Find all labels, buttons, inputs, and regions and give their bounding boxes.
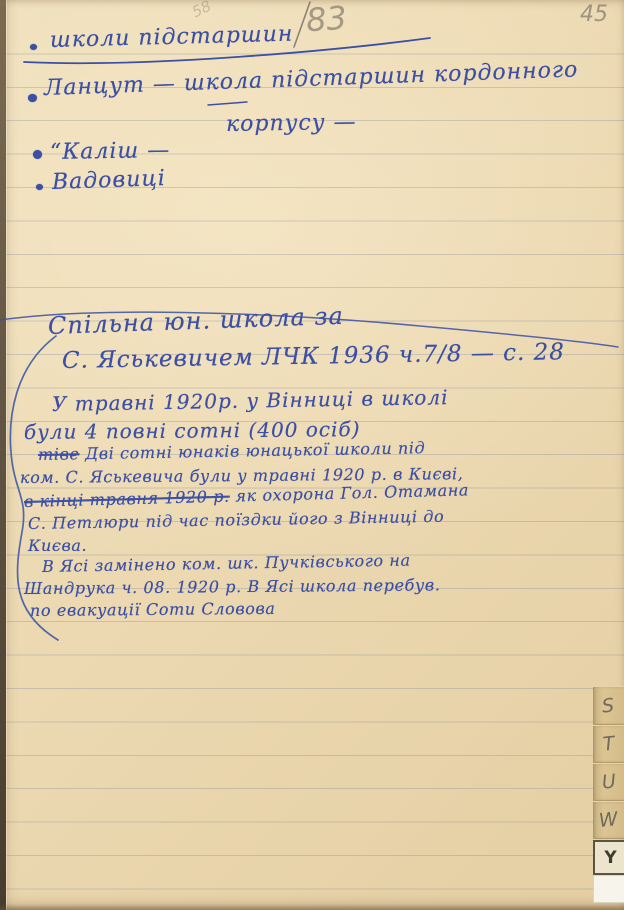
index-tab-y-label: Y	[604, 848, 616, 868]
note2-line-4: С. Петлюри під час поїздки його з Вінниц…	[28, 507, 445, 533]
index-tab-u-label: U	[600, 770, 616, 793]
page-bottom-edge	[0, 904, 624, 910]
list-item-vadovytsi: Вадовиці	[52, 166, 167, 195]
struck-text: тіве	[38, 444, 80, 464]
citation-line-1: Спільна юн. школа за	[48, 302, 345, 340]
index-tab-w: W	[593, 801, 624, 839]
index-tab-s: S	[593, 686, 624, 725]
note2-line-8: по евакуації Соти Словова	[30, 599, 276, 620]
index-tab-blank	[593, 875, 624, 903]
list-item-kalish: “Каліш —	[50, 138, 171, 165]
bullet-dot	[36, 184, 43, 190]
note2-line-6: В Ясі замінено ком. шк. Пучківського на	[42, 551, 411, 576]
page-left-edge	[0, 0, 6, 910]
index-tab-y: Y	[593, 840, 624, 875]
bullet-dot	[33, 150, 42, 159]
list-item-lancut-line2: корпусу —	[226, 110, 357, 137]
list-item-lancut-line1: Ланцут — школа підстаршин кордонного	[44, 57, 579, 101]
pencil-faint-number: 58	[189, 0, 214, 21]
bullet-dot	[30, 44, 37, 50]
index-tab-t-label: T	[602, 732, 616, 755]
index-tab-u: U	[593, 763, 624, 801]
note1-line-1: У травні 1920р. у Вінниці в школі	[52, 385, 449, 416]
note2-line-5: Києва.	[28, 536, 87, 555]
index-tab-w-label: W	[598, 808, 619, 832]
struck-text: в кінці травня 1920 р.	[24, 487, 230, 511]
note2-line-7: Шандрука ч. 08. 1920 р. В Ясі школа пере…	[24, 575, 441, 598]
citation-line-2: С. Яськевичем ЛЧК 1936 ч.7/8 — с. 28	[62, 339, 565, 374]
index-tab-s-label: S	[601, 694, 615, 717]
heading-nco-schools: школи підстаршин	[50, 22, 294, 53]
scanned-notebook-page: 58 83 45 школи підстаршин Ланцут — школа…	[0, 0, 624, 910]
index-tab-t: T	[593, 725, 624, 763]
pen-word-underline	[208, 102, 247, 105]
pencil-page-number: 45	[580, 2, 608, 27]
bullet-dot	[28, 94, 37, 102]
pencil-crossed-number: 83	[305, 0, 348, 39]
